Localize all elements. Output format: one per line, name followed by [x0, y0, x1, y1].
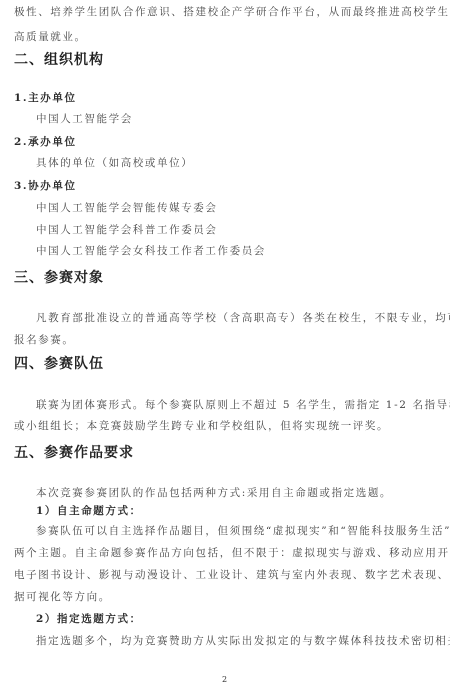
org-value-organizer: 具体的单位（如高校或单位） — [36, 156, 193, 170]
section-heading-participants: 三、参赛对象 — [14, 271, 104, 285]
org-value-co-organizer-3: 中国人工智能学会女科技工作者工作委员会 — [36, 244, 266, 258]
org-label-organizer: 2.承办单位 — [14, 135, 77, 149]
org-value-host: 中国人工智能学会 — [36, 112, 133, 126]
assigned-topic-line-1: 指定选题多个，均为竞赛赞助方从实际出发拟定的与数字媒体科技技术密切相关 — [36, 634, 450, 648]
self-topic-line-4: 据可视化等方向。 — [14, 590, 111, 604]
works-intro: 本次竞赛参赛团队的作品包括两种方式:采用自主命题或指定选题。 — [36, 486, 392, 500]
section-heading-organization: 二、组织机构 — [14, 53, 104, 67]
self-topic-line-1: 参赛队伍可以自主选择作品题目，但须围绕“虚拟现实”和“智能科技服务生活” — [36, 524, 450, 538]
self-topic-line-2: 两个主题。自主命题参赛作品方向包括，但不限于：虚拟现实与游戏、移动应用开发、 — [14, 546, 450, 560]
intro-line-2: 高质量就业。 — [14, 30, 87, 44]
org-value-co-organizer-2: 中国人工智能学会科普工作委员会 — [36, 223, 218, 237]
section-heading-teams: 四、参赛队伍 — [14, 357, 104, 371]
section-heading-works: 五、参赛作品要求 — [14, 446, 134, 460]
participants-line-2: 报名参赛。 — [14, 333, 75, 347]
subsection-title-assigned-topic: 2）指定选题方式： — [36, 612, 142, 626]
teams-line-1: 联赛为团体赛形式。每个参赛队原则上不超过 5 名学生，需指定 1-2 名指导教师 — [36, 398, 450, 412]
self-topic-line-3: 电子图书设计、影视与动漫设计、工业设计、建筑与室内外表现、数字艺术表现、数 — [14, 568, 450, 582]
org-label-co-organizer: 3.协办单位 — [14, 179, 77, 193]
teams-line-2: 或小组组长；本竞赛鼓励学生跨专业和学校组队，但将实现统一评奖。 — [14, 419, 389, 433]
participants-line-1: 凡教育部批准设立的普通高等学校（含高职高专）各类在校生，不限专业，均可 — [36, 311, 450, 325]
org-label-host: 1.主办单位 — [14, 91, 77, 105]
page-number: 2 — [222, 675, 227, 684]
org-value-co-organizer-1: 中国人工智能学会智能传媒专委会 — [36, 201, 218, 215]
subsection-title-self-topic: 1）自主命题方式： — [36, 504, 142, 518]
intro-line-1: 极性、培养学生团队合作意识、搭建校企产学研合作平台，从而最终推进高校学生的 — [14, 5, 450, 19]
